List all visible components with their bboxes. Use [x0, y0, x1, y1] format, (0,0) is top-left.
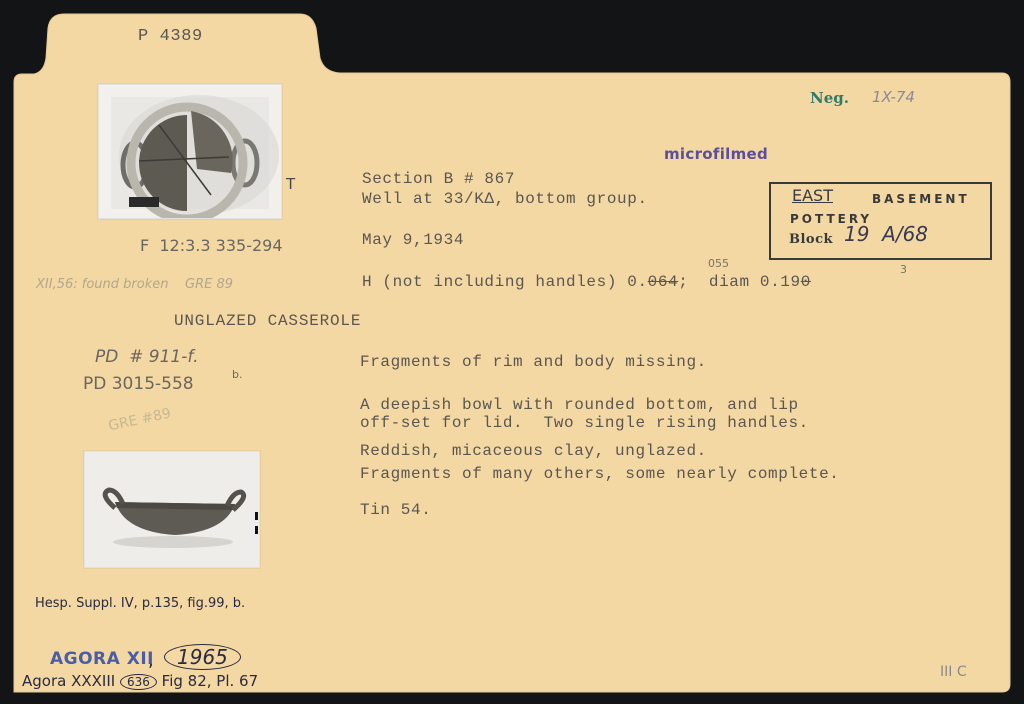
storage-block-label: Block	[789, 232, 833, 247]
find-location: Well at 33/KΔ, bottom group.	[362, 190, 648, 209]
pd-reference-2: PD 3015-558	[83, 374, 194, 394]
storage-basement-label: BASEMENT	[872, 192, 970, 206]
height-struck-value: 064	[648, 273, 679, 291]
diameter-corrected-digit: 3	[900, 263, 907, 276]
agora-xxxiii-reference: Agora XXXIII 636 Fig 82, Pl. 67	[22, 672, 258, 690]
object-title: UNGLAZED CASSEROLE	[174, 312, 361, 331]
agora-xii-year: 1965	[164, 644, 241, 670]
catalog-reference: F 12:3.3 335-294	[140, 236, 283, 255]
dimensions-separator: ;	[678, 273, 688, 291]
negative-label: Neg.	[810, 89, 849, 107]
pd-reference-1-suffix: b.	[232, 368, 242, 381]
pd-reference-1: PD # 911-f.	[95, 347, 198, 367]
dimensions-line: H (not including handles) 0.064; diam 0.…	[362, 273, 811, 292]
description-fabric: Reddish, micaceous clay, unglazed.	[360, 442, 707, 461]
agora-xxxiii-prefix: Agora XXXIII	[22, 672, 115, 690]
diameter-struck-digit: 0	[801, 273, 811, 291]
catalog-card: P 4389 T Neg. 1X-74 microfilmed EAST BAS…	[0, 0, 1024, 704]
storage-tin: Tin 54.	[360, 501, 431, 520]
section-number: Section B # 867	[362, 170, 515, 189]
tab-number: P 4389	[138, 27, 203, 46]
casserole-top-view-image	[99, 85, 281, 218]
diameter-prefix: diam 0.19	[688, 273, 800, 291]
storage-block-value: 19 A/68	[844, 222, 928, 246]
casserole-side-view-image	[85, 452, 259, 567]
storage-building-handwritten: EAST	[792, 186, 833, 205]
agora-xxxiii-figure: Fig 82, Pl. 67	[162, 672, 258, 690]
agora-xii-comma: ,	[148, 650, 154, 671]
hesperia-reference: Hesp. Suppl. IV, p.135, fig.99, b.	[35, 596, 245, 611]
photo-orientation-mark: T	[286, 175, 295, 193]
description-other-fragments: Fragments of many others, some nearly co…	[360, 465, 839, 484]
agora-xii-stamp: AGORA XII	[50, 649, 154, 669]
description-condition: Fragments of rim and body missing.	[360, 353, 707, 372]
find-date: May 9,1934	[362, 231, 464, 250]
negative-number: 1X-74	[872, 88, 915, 106]
photo-top-view	[98, 84, 282, 219]
description-shape-1: A deepish bowl with rounded bottom, and …	[360, 396, 799, 415]
agora-xxxiii-catalog-number: 636	[120, 674, 157, 690]
faint-pencil-note: XII,56: found broken GRE 89	[36, 277, 233, 292]
description-shape-2: off-set for lid. Two single rising handl…	[360, 414, 809, 433]
photo-side-view	[84, 451, 260, 568]
corner-mark: III C	[940, 664, 967, 680]
height-prefix: H (not including handles) 0.	[362, 273, 648, 291]
microfilmed-stamp: microfilmed	[664, 145, 768, 163]
height-corrected-value: 055	[708, 257, 729, 270]
